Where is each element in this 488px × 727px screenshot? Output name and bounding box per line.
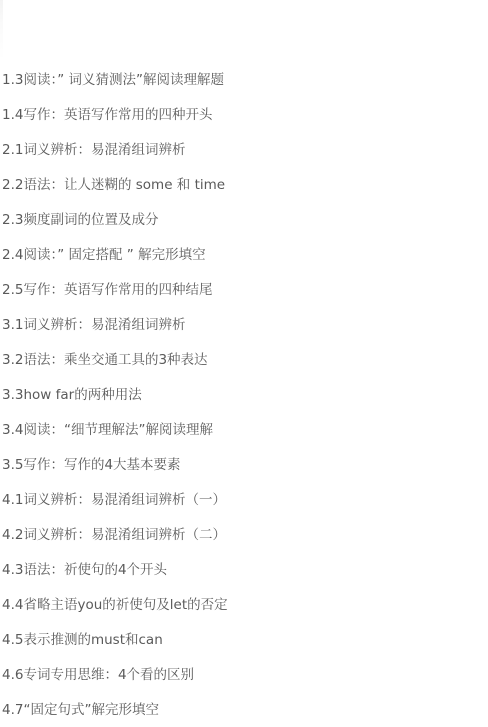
lesson-item-2-4[interactable]: 2.4阅读：” 固定搭配 ” 解完形填空: [2, 243, 488, 278]
lesson-item-3-3[interactable]: 3.3how far的两种用法: [2, 383, 488, 418]
lesson-item-3-5[interactable]: 3.5写作：写作的4大基本要素: [2, 453, 488, 488]
lesson-item-2-1[interactable]: 2.1词义辨析：易混淆组词辨析: [2, 138, 488, 173]
lesson-item-3-4[interactable]: 3.4阅读：“细节理解法”解阅读理解: [2, 418, 488, 453]
lesson-item-1-3[interactable]: 1.3阅读：” 词义猜测法”解阅读理解题: [2, 68, 488, 103]
lesson-item-4-3[interactable]: 4.3语法：祈使句的4个开头: [2, 558, 488, 593]
lesson-item-4-2[interactable]: 4.2词义辨析：易混淆组词辨析（二）: [2, 523, 488, 558]
lesson-item-4-5[interactable]: 4.5表示推测的must和can: [2, 628, 488, 663]
lesson-item-4-7[interactable]: 4.7“固定句式”解完形填空: [2, 698, 488, 727]
lesson-item-3-2[interactable]: 3.2语法：乘坐交通工具的3种表达: [2, 348, 488, 383]
lesson-item-2-2[interactable]: 2.2语法：让人迷糊的 some 和 time: [2, 173, 488, 208]
lesson-item-4-6[interactable]: 4.6专词专用思维：4个看的区别: [2, 663, 488, 698]
document-page: 1.3阅读：” 词义猜测法”解阅读理解题 1.4写作：英语写作常用的四种开头 2…: [0, 0, 488, 727]
lesson-list: 1.3阅读：” 词义猜测法”解阅读理解题 1.4写作：英语写作常用的四种开头 2…: [2, 68, 488, 727]
lesson-item-2-5[interactable]: 2.5写作：英语写作常用的四种结尾: [2, 278, 488, 313]
lesson-item-3-1[interactable]: 3.1词义辨析：易混淆组词辨析: [2, 313, 488, 348]
lesson-item-4-1[interactable]: 4.1词义辨析：易混淆组词辨析（一）: [2, 488, 488, 523]
lesson-item-1-4[interactable]: 1.4写作：英语写作常用的四种开头: [2, 103, 488, 138]
lesson-item-4-4[interactable]: 4.4省略主语you的祈使句及let的否定: [2, 593, 488, 628]
lesson-item-2-3[interactable]: 2.3频度副词的位置及成分: [2, 208, 488, 243]
edge-decoration: [0, 0, 3, 60]
